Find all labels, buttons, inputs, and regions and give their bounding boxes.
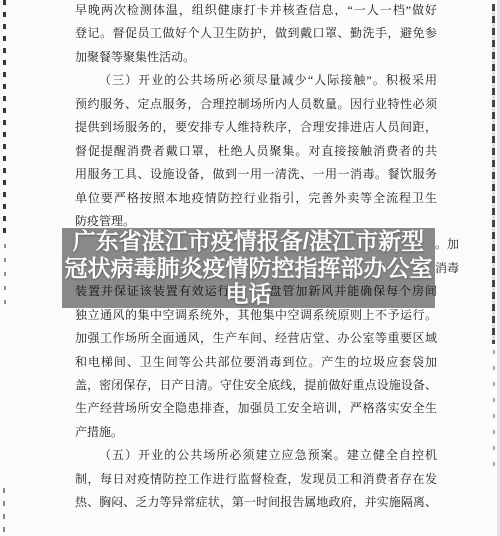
caption-overlay: 广东省湛江市疫情报备/湛江市新型 冠状病毒肺炎疫情防控指挥部办公室 电话 bbox=[62, 228, 435, 308]
scan-mark-right-top bbox=[492, 4, 495, 344]
doc-line: 提供到场服务的，要安排专人维持秩序，合理安排进店人员间距， bbox=[75, 116, 437, 139]
doc-line: （三）开业的公共场所必须尽量减少“人际接触”。积极采用 bbox=[75, 69, 437, 92]
scan-mark-left-middle bbox=[4, 244, 6, 314]
doc-line: 用服务工具、设施设备，做到一用一清洗、一用一消毒。餐饮服务 bbox=[75, 163, 437, 186]
doc-line: 热、胸闷、乏力等异常症状，第一时间报告属地政府，并实施隔离、 bbox=[75, 491, 437, 514]
caption-line-2: 冠状病毒肺炎疫情防控指挥部办公室 bbox=[65, 255, 433, 281]
doc-line: 登记。督促员工做好个人卫生防护，做到戴口罩、勤洗手，避免参 bbox=[75, 22, 437, 45]
doc-line: 产措施。 bbox=[75, 421, 437, 444]
doc-line: 加强工作场所全面通风，生产车间、经营店堂、办公室等重要区域 bbox=[75, 327, 437, 350]
doc-line: 预约服务、定点服务，合理控制场所内人员数量。因行业特性必须 bbox=[75, 93, 437, 116]
doc-line: 单位要严格按照本地疫情防控行业指引，完善外卖等全流程卫生 bbox=[75, 187, 437, 210]
doc-line: 和电梯间、卫生间等公共部位要消毒到位。产生的垃圾应套袋加 bbox=[75, 351, 437, 374]
doc-line: 制，每日对疫情防控工作进行监督检查，发现员工和消费者存在发 bbox=[75, 468, 437, 491]
caption-line-1: 广东省湛江市疫情报备/湛江市新型 bbox=[73, 228, 424, 254]
scan-mark-right-bottom bbox=[493, 350, 495, 470]
doc-line: （五）开业的公共场所必须建立应急预案。建立健全自控机 bbox=[75, 444, 437, 467]
scan-mark-left-top bbox=[3, 0, 6, 238]
doc-line: 盖，密闭保存，日产日清。守住安全底线，提前做好重点设施设备、 bbox=[75, 374, 437, 397]
caption-line-3: 电话 bbox=[226, 281, 272, 307]
doc-line: 督促提醒消费者戴口罩，杜绝人员聚集。对直接接触消费者的共 bbox=[75, 140, 437, 163]
doc-line: 生产经营场所安全隐患排查，加强员工安全培训，严格落实安全生 bbox=[75, 397, 437, 420]
scan-mark-left-bottom bbox=[3, 488, 5, 536]
scanned-document-page: 早晚两次检测体温，组织健康打卡并核查信息，“一人一档”做好登记。督促员工做好个人… bbox=[0, 0, 500, 536]
doc-line: 早晚两次检测体温，组织健康打卡并核查信息，“一人一档”做好 bbox=[75, 0, 437, 22]
doc-line: 加聚餐等聚集性活动。 bbox=[75, 46, 437, 69]
